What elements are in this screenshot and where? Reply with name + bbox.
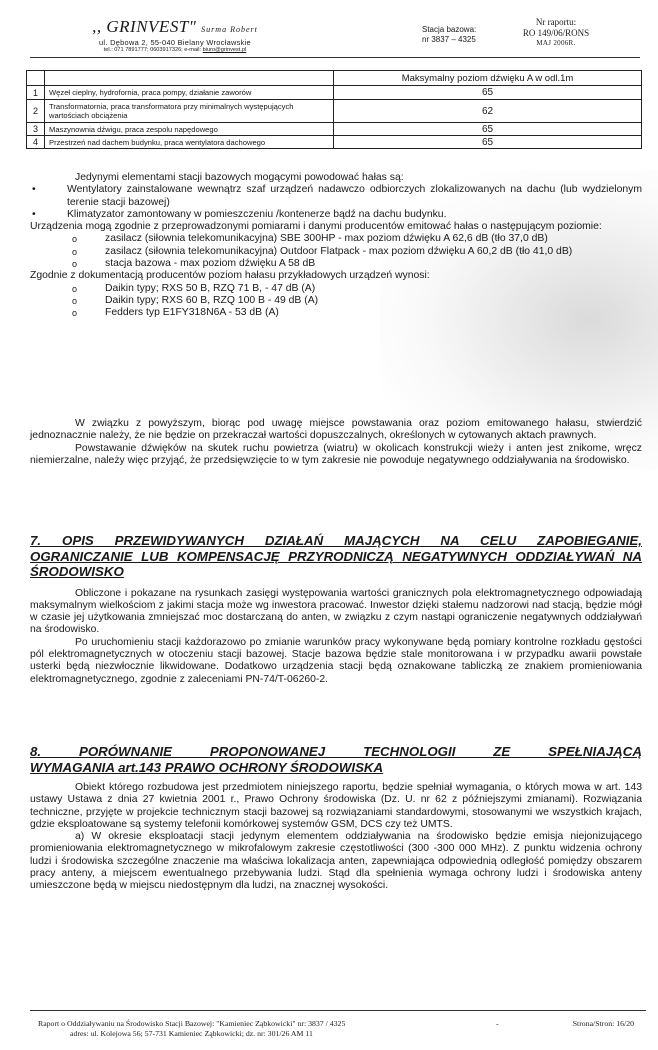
report-label: Nr raportu: [500,17,612,28]
noise-section: Jedynymi elementami stacji bazowych mogą… [30,172,642,320]
row-number: 4 [27,136,45,149]
noise-conclusion: W związku z powyższym, biorąc pod uwagę … [30,418,642,467]
header-divider [30,57,640,58]
levels-intro: Urządzenia mogą zgodnie z przeprowadzony… [30,221,642,233]
noise-level-table: Maksymalny poziom dźwięku A w odl.1m 1 W… [26,70,642,149]
row-description: Maszynownia dźwigu, praca zespolu napędo… [45,123,334,136]
list-item: ozasilacz (siłownia telekomunikacyjna) O… [30,246,642,258]
table-header-cell [27,71,45,86]
row-description: Przestrzeń nad dachem budynku, praca wen… [45,136,334,149]
circle-bullet-icon: o [72,283,77,295]
report-number: RO 149/06/RONS [500,28,612,39]
section-8-paragraph: a) W okresie eksploatacji stacji jedynym… [30,831,642,892]
circle-bullet-icon: o [72,295,77,307]
list-item: oDaikin typy; RXS 50 B, RZQ 71 B, - 47 d… [30,283,642,295]
list-item: ozasilacz (siłownia telekomunikacyjna) S… [30,233,642,245]
company-owner: Surma Robert [201,25,258,34]
section-7: 7. OPIS PRZEWIDYWANYCH DZIAŁAŃ MAJĄCYCH … [30,533,642,686]
page-header: ,, GRINVEST" Surma Robert ul. Dębowa 2, … [0,8,658,48]
bullet-icon: • [32,184,36,196]
section-8: 8. PORÓWNANIE PROPONOWANEJ TECHNOLOGII Z… [30,744,642,893]
report-date: MAJ 2006R. [500,38,612,49]
row-level: 65 [334,136,642,149]
footer-report-title: Raport o Oddziaływaniu na Środowisko Sta… [38,1019,638,1029]
station-number: nr 3837 – 4325 [422,35,476,45]
page-number: Strona/Stron: 16/20 [573,1019,634,1029]
table-row: 4 Przestrzeń nad dachem budynku, praca w… [27,136,642,149]
table-header-cell [45,71,334,86]
station-label: Stacja bazowa: [422,25,476,35]
section-8-title: 8. PORÓWNANIE PROPONOWANEJ TECHNOLOGII Z… [30,744,642,775]
section-7-title: 7. OPIS PRZEWIDYWANYCH DZIAŁAŃ MAJĄCYCH … [30,533,642,580]
row-number: 1 [27,86,45,100]
circle-bullet-icon: o [72,307,77,319]
table-header-cell: Maksymalny poziom dźwięku A w odl.1m [334,71,642,86]
table-row: 1 Węzeł cieplny, hydrofornia, praca pomp… [27,86,642,100]
section-8-paragraph: Obiekt którego rozbudowa jest przedmiote… [30,782,642,831]
row-description: Transformatornia, praca transformatora p… [45,100,334,123]
conclusion-paragraph: W związku z powyższym, biorąc pod uwagę … [30,418,642,443]
circle-bullet-icon: o [72,258,77,270]
company-block: ,, GRINVEST" Surma Robert ul. Dębowa 2, … [90,18,260,54]
circle-bullet-icon: o [72,246,77,258]
list-item: ostacja bazowa - max poziom dźwięku A 58… [30,258,642,270]
table-row: 3 Maszynownia dźwigu, praca zespolu napę… [27,123,642,136]
table-header-row: Maksymalny poziom dźwięku A w odl.1m [27,71,642,86]
manufacturer-intro: Zgodnie z dokumentacją producentów pozio… [30,270,642,282]
list-item: •Klimatyzator zamontowany w pomieszczeni… [30,209,642,221]
footer-address: adres: ul. Kolejowa 56; 57-731 Kamieniec… [38,1029,638,1039]
page-footer: Raport o Oddziaływaniu na Środowisko Sta… [38,1019,638,1038]
row-description: Węzeł cieplny, hydrofornia, praca pompy,… [45,86,334,100]
company-address: ul. Dębowa 2, 55-040 Bielany Wrocławskie [90,38,260,47]
list-item: •Wentylatory zainstalowane wewnątrz szaf… [30,184,642,209]
row-number: 2 [27,100,45,123]
bullet-icon: • [32,209,36,221]
row-number: 3 [27,123,45,136]
row-level: 65 [334,86,642,100]
company-name: ,, GRINVEST" Surma Robert [90,18,260,38]
list-item: oFedders typ E1FY318N6A - 53 dB (A) [30,307,642,319]
footer-dash: - [496,1019,499,1029]
station-block: Stacja bazowa: nr 3837 – 4325 [422,25,476,45]
company-contact: tel.: 071 7891777; 0603917326; e-mail: b… [90,47,260,54]
row-level: 65 [334,123,642,136]
section-7-paragraph: Po uruchomieniu stacji każdorazowo po zm… [30,637,642,686]
noise-intro: Jedynymi elementami stacji bazowych mogą… [30,172,642,184]
section-7-paragraph: Obliczone i pokazane na rysunkach zasięg… [30,588,642,637]
list-item: oDaikin typy; RXS 60 B, RZQ 100 B - 49 d… [30,295,642,307]
row-level: 62 [334,100,642,123]
table-row: 2 Transformatornia, praca transformatora… [27,100,642,123]
conclusion-paragraph: Powstawanie dźwięków na skutek ruchu pow… [30,443,642,468]
email-link[interactable]: biuro@grinvest.pl [203,47,247,53]
report-block: Nr raportu: RO 149/06/RONS MAJ 2006R. [500,17,612,49]
circle-bullet-icon: o [72,233,77,245]
footer-divider [30,1010,646,1011]
